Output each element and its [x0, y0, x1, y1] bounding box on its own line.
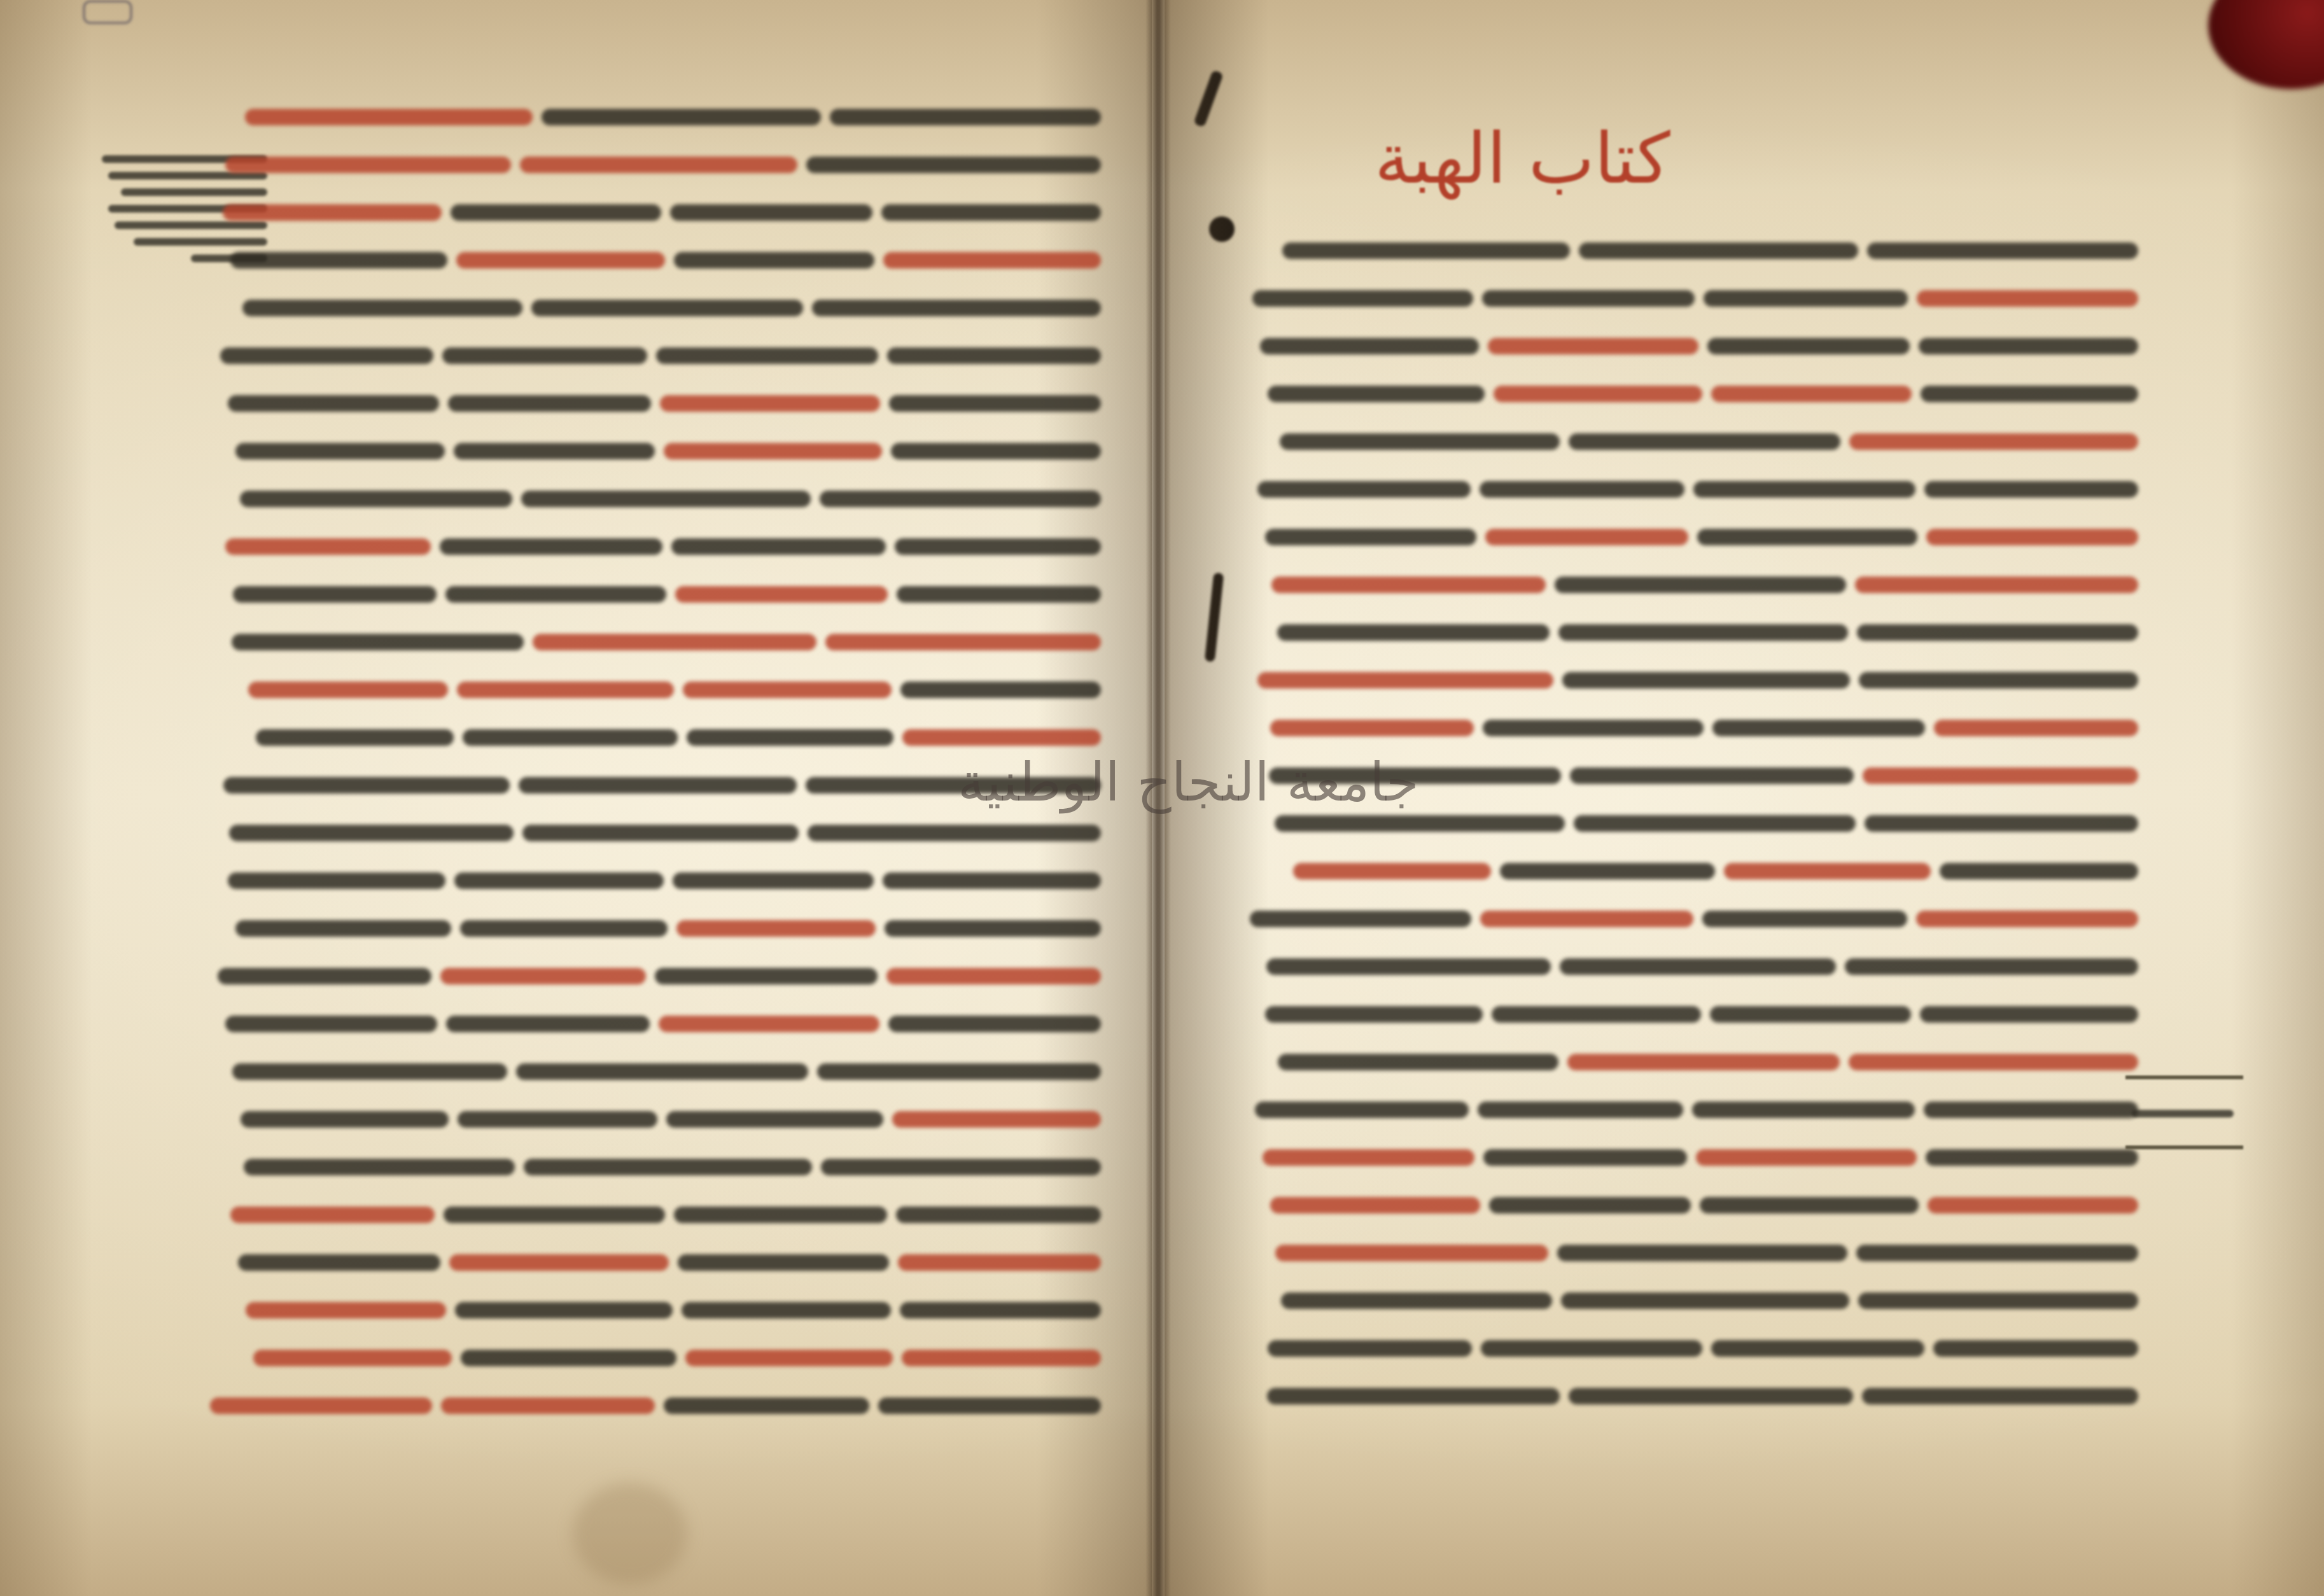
- manuscript-line: [1247, 1381, 2138, 1411]
- body-text: [1492, 1006, 1701, 1023]
- body-text: [1920, 1006, 2138, 1023]
- body-text: [232, 634, 524, 650]
- manuscript-line: [210, 818, 1101, 848]
- manuscript-line: [210, 1009, 1101, 1039]
- manuscript-line: [1247, 283, 2138, 314]
- manuscript-line: [210, 484, 1101, 514]
- body-text: [1921, 386, 2138, 402]
- rubric-text: [1855, 577, 2138, 593]
- body-text: [1707, 338, 1910, 354]
- body-text: [235, 443, 445, 459]
- rubric-text: [1863, 767, 2138, 784]
- manuscript-line: [1247, 999, 2138, 1030]
- body-text: [888, 1016, 1101, 1032]
- rubric-text: [683, 682, 892, 698]
- body-text: [821, 1159, 1101, 1175]
- body-text: [1560, 958, 1836, 975]
- rubric-text: [1934, 720, 2138, 736]
- manuscript-line: [1247, 713, 2138, 743]
- manuscript-line: [210, 865, 1101, 896]
- manuscript-line: [1247, 1095, 2138, 1125]
- manuscript-line: [1247, 1190, 2138, 1221]
- body-text: [241, 1111, 449, 1128]
- body-text: [448, 395, 651, 412]
- rubric-text: [225, 538, 431, 555]
- body-text: [445, 586, 666, 603]
- body-text: [1858, 1292, 2138, 1309]
- rubric-text: [1293, 863, 1491, 879]
- body-text: [885, 920, 1101, 937]
- body-text: [671, 538, 886, 555]
- manuscript-line: [210, 1104, 1101, 1135]
- manuscript-line: [210, 102, 1101, 132]
- body-text: [1704, 290, 1908, 307]
- body-text: [225, 1016, 437, 1032]
- rubric-text: [676, 920, 876, 937]
- body-text: [883, 872, 1101, 889]
- body-text: [1865, 815, 2138, 832]
- rubric-text: [449, 1254, 669, 1271]
- rubric-text: [245, 109, 533, 125]
- body-text: [451, 204, 661, 221]
- rubric-text: [1275, 1245, 1548, 1261]
- body-text: [1924, 481, 2138, 498]
- body-text: [440, 538, 662, 555]
- body-text: [1940, 863, 2138, 879]
- body-text: [1700, 1197, 1919, 1214]
- body-text: [1924, 1102, 2138, 1118]
- body-text: [1711, 1340, 1924, 1357]
- rubric-text: [1567, 1054, 1840, 1070]
- rubric-text: [1257, 672, 1553, 689]
- manuscript-line: [210, 1247, 1101, 1278]
- body-text: [1268, 1340, 1472, 1357]
- rubric-text: [533, 634, 816, 650]
- rubric-text: [1271, 577, 1546, 593]
- rubric-text: [1270, 1197, 1480, 1214]
- rubric-text: [230, 1207, 435, 1223]
- body-text: [1266, 958, 1551, 975]
- body-text: [1712, 720, 1925, 736]
- body-text: [670, 204, 872, 221]
- body-text: [1277, 624, 1550, 641]
- body-text: [1569, 1388, 1853, 1404]
- rubric-text: [902, 729, 1101, 746]
- manuscript-line: [1247, 474, 2138, 505]
- body-text: [1265, 1006, 1483, 1023]
- rubric-text: [898, 1254, 1101, 1271]
- body-text: [458, 1111, 657, 1128]
- rubric-text: [883, 252, 1101, 269]
- body-text: [655, 968, 878, 984]
- manuscript-line: [210, 1295, 1101, 1326]
- manuscript-line: [210, 531, 1101, 562]
- body-text: [897, 586, 1101, 603]
- manuscript-line: [210, 1056, 1101, 1087]
- body-text: [1558, 624, 1848, 641]
- body-text: [1281, 1292, 1552, 1309]
- body-text: [1482, 290, 1695, 307]
- rubric-text: [456, 252, 665, 269]
- rubric-text: [1270, 720, 1474, 736]
- manuscript-line: [1247, 379, 2138, 409]
- body-text: [1867, 242, 2138, 259]
- body-text: [238, 1254, 440, 1271]
- manuscript-line: [210, 579, 1101, 610]
- body-text: [1574, 815, 1856, 832]
- body-text: [891, 443, 1101, 459]
- manuscript-line: [210, 1343, 1101, 1373]
- body-text: [687, 729, 893, 746]
- manuscript-line: [210, 293, 1101, 323]
- body-text: [900, 1302, 1101, 1319]
- body-text: [218, 968, 431, 984]
- rubric-text: [225, 157, 511, 173]
- manuscript-line: [1247, 617, 2138, 648]
- body-text: [889, 395, 1101, 412]
- body-text: [230, 252, 447, 269]
- manuscript-line: [1247, 1238, 2138, 1268]
- body-text: [673, 872, 874, 889]
- manuscript-line: [210, 913, 1101, 944]
- body-text: [900, 682, 1101, 698]
- manuscript-line: [210, 722, 1101, 753]
- body-text: [531, 300, 803, 316]
- body-text: [1481, 1340, 1702, 1357]
- manuscript-line: [210, 340, 1101, 371]
- manuscript-line: [1247, 522, 2138, 552]
- manuscript-line: [1247, 1285, 2138, 1316]
- body-text: [461, 1350, 676, 1366]
- manuscript-line: [1247, 665, 2138, 696]
- body-text: [233, 586, 437, 603]
- body-text: [830, 109, 1101, 125]
- body-text: [1282, 242, 1570, 259]
- body-text: [519, 777, 797, 794]
- body-text: [228, 872, 445, 889]
- manuscript-line: [1247, 1047, 2138, 1077]
- body-text: [1500, 863, 1715, 879]
- rubric-text: [457, 682, 674, 698]
- body-text: [656, 347, 878, 364]
- body-text: [878, 1397, 1101, 1414]
- rubric-text: [210, 1397, 432, 1414]
- manuscript-line: [210, 961, 1101, 991]
- manuscript-line: [1247, 904, 2138, 934]
- body-text: [1555, 577, 1846, 593]
- body-text: [256, 729, 454, 746]
- rubric-text: [440, 968, 646, 984]
- body-text: [1562, 672, 1850, 689]
- manuscript-line: [1247, 235, 2138, 266]
- body-text: [454, 443, 655, 459]
- body-text: [542, 109, 821, 125]
- body-text: [1579, 242, 1858, 259]
- body-text: [1268, 386, 1485, 402]
- manuscript-line: [1247, 331, 2138, 361]
- rubric-text: [659, 1016, 879, 1032]
- manuscript-line: [210, 436, 1101, 466]
- rubric-text: [1263, 1149, 1474, 1166]
- rubric-text: [248, 682, 448, 698]
- body-text: [1856, 1245, 2138, 1261]
- rubric-text: [685, 1350, 893, 1366]
- body-text: [446, 1016, 650, 1032]
- body-text: [674, 252, 874, 269]
- body-text: [896, 1207, 1101, 1223]
- body-text: [1255, 1102, 1469, 1118]
- body-text: [1919, 338, 2138, 354]
- body-text: [682, 1302, 891, 1319]
- body-text: [1859, 672, 2138, 689]
- rubric-text: [660, 395, 880, 412]
- body-text: [1692, 1102, 1915, 1118]
- body-text: [232, 1063, 507, 1080]
- folio-mark: [83, 0, 132, 24]
- body-text: [895, 538, 1101, 555]
- rubric-text: [1928, 1197, 2138, 1214]
- body-text: [524, 1159, 812, 1175]
- body-text: [808, 825, 1101, 841]
- body-text: [887, 347, 1101, 364]
- rubric-text: [1849, 1054, 2138, 1070]
- body-text: [1857, 624, 2138, 641]
- manuscript-line: [210, 197, 1101, 228]
- rubric-text: [1485, 529, 1688, 545]
- body-text: [881, 204, 1101, 221]
- body-text: [1480, 481, 1684, 498]
- rubric-text: [1494, 386, 1702, 402]
- body-text: [666, 1111, 883, 1128]
- body-text: [1702, 911, 1907, 927]
- body-text: [1489, 1197, 1691, 1214]
- rubric-text: [1480, 911, 1693, 927]
- rubric-text: [1917, 290, 2138, 307]
- body-text: [1557, 1245, 1847, 1261]
- manuscript-line: [1247, 856, 2138, 886]
- manuscript-line: [210, 245, 1101, 276]
- rubric-text: [1916, 911, 2138, 927]
- manuscript-line: [210, 675, 1101, 705]
- manuscript-line: [1247, 570, 2138, 600]
- rubric-text: [1711, 386, 1912, 402]
- body-text: [235, 920, 451, 937]
- body-text: [460, 920, 668, 937]
- body-text: [820, 491, 1101, 507]
- body-text: [1260, 338, 1479, 354]
- rubric-text: [253, 1350, 452, 1366]
- manuscript-line: [1247, 1142, 2138, 1173]
- body-text: [1478, 1102, 1683, 1118]
- body-text: [1483, 1149, 1687, 1166]
- chapter-heading: كتاب الهبة: [1375, 118, 1670, 199]
- body-text: [1265, 529, 1476, 545]
- body-text: [1710, 1006, 1911, 1023]
- body-text: [455, 1302, 673, 1319]
- rubric-text: [1724, 863, 1931, 879]
- body-text: [1257, 481, 1471, 498]
- body-text: [1267, 1388, 1560, 1404]
- manuscript-line: [210, 627, 1101, 657]
- rubric-text: [886, 968, 1101, 984]
- margin-note-right: [2119, 1063, 2246, 1152]
- rubric-text: [1488, 338, 1698, 354]
- body-text: [1845, 958, 2138, 975]
- body-text: [1278, 1054, 1558, 1070]
- body-text: [1483, 720, 1704, 736]
- body-text: [1280, 433, 1560, 450]
- rubric-text: [902, 1350, 1101, 1366]
- manuscript-line: [210, 388, 1101, 419]
- body-text: [228, 395, 439, 412]
- body-text: [806, 157, 1101, 173]
- body-text: [817, 1063, 1101, 1080]
- rubric-text: [825, 634, 1101, 650]
- body-text: [812, 300, 1101, 316]
- body-text: [1693, 481, 1915, 498]
- body-text: [229, 825, 514, 841]
- manuscript-line: [1247, 951, 2138, 982]
- body-text: [1250, 911, 1471, 927]
- rubric-text: [520, 157, 797, 173]
- manuscript-line: [1247, 426, 2138, 457]
- right-page-text: [1247, 235, 2138, 1495]
- rubric-text: [1849, 433, 2138, 450]
- rubric-text: [1696, 1149, 1917, 1166]
- body-text: [678, 1254, 889, 1271]
- body-text: [1561, 1292, 1849, 1309]
- rubric-text: [246, 1302, 446, 1319]
- rubric-text: [223, 204, 442, 221]
- rubric-text: [675, 586, 888, 603]
- body-text: [444, 1207, 665, 1223]
- manuscript-line: [1247, 1333, 2138, 1364]
- body-text: [522, 825, 799, 841]
- body-text: [664, 1397, 869, 1414]
- body-text: [1933, 1340, 2138, 1357]
- body-text: [240, 491, 512, 507]
- body-text: [674, 1207, 887, 1223]
- body-text: [442, 347, 647, 364]
- manuscript-line: [210, 150, 1101, 180]
- body-text: [1862, 1388, 2138, 1404]
- body-text: [242, 300, 522, 316]
- manuscript-line: [210, 1200, 1101, 1230]
- body-text: [1275, 815, 1565, 832]
- body-text: [463, 729, 678, 746]
- manuscript-line: [210, 1152, 1101, 1182]
- body-text: [1926, 1149, 2138, 1166]
- body-text: [1569, 433, 1840, 450]
- body-text: [454, 872, 664, 889]
- body-text: [244, 1159, 515, 1175]
- rubric-text: [441, 1397, 655, 1414]
- rubric-text: [664, 443, 882, 459]
- body-text: [516, 1063, 808, 1080]
- manuscript-spread: كتاب الهبة جامعة النجاح الوطنية: [0, 0, 2324, 1596]
- body-text: [1570, 767, 1854, 784]
- rubric-text: [892, 1111, 1101, 1128]
- body-text: [1252, 290, 1473, 307]
- rubric-text: [1926, 529, 2138, 545]
- watermark: جامعة النجاح الوطنية: [958, 751, 1419, 813]
- body-text: [220, 347, 433, 364]
- body-text: [223, 777, 510, 794]
- body-text: [1697, 529, 1917, 545]
- body-text: [521, 491, 811, 507]
- manuscript-line: [210, 1390, 1101, 1421]
